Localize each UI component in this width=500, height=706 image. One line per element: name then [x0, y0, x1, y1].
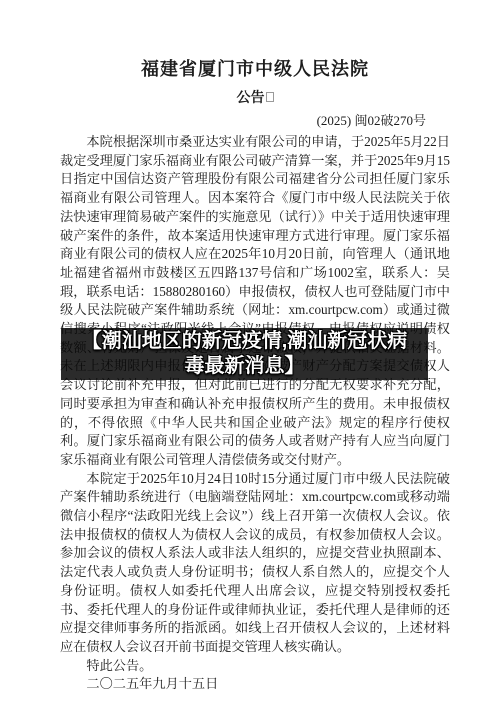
case-number: (2025) 闽02破270号	[60, 110, 450, 129]
announcement-subtitle-text: 公告	[237, 89, 265, 105]
court-announcement-page: 福建省厦门市中级人民法院 公告 (2025) 闽02破270号 本院根据深圳市桑…	[0, 0, 500, 706]
body-paragraph-1: 本院根据深圳市桑亚达实业有限公司的申请，于2025年5月22日裁定受理厦门家乐福…	[60, 133, 450, 470]
missing-glyph-box	[266, 92, 274, 102]
overlay-headline-line-2: 毒最新消息】	[185, 354, 305, 379]
announcement-body: 本院根据深圳市桑亚达实业有限公司的申请，于2025年5月22日裁定受理厦门家乐福…	[60, 133, 450, 694]
closing-line: 特此公告。	[60, 657, 450, 676]
document-date: 二〇二五年九月十五日	[60, 675, 450, 694]
overlay-headline-banner: 【潮汕地区的新冠疫情,潮汕新冠状病 毒最新消息】	[61, 328, 428, 380]
announcement-subtitle: 公告	[60, 87, 450, 107]
court-name-title: 福建省厦门市中级人民法院	[60, 55, 450, 81]
body-paragraph-2: 本院定于2025年10月24日10时15分通过厦门市中级人民法院破产案件辅助系统…	[60, 470, 450, 657]
overlay-headline-line-1: 【潮汕地区的新冠疫情,潮汕新冠状病	[82, 329, 408, 354]
